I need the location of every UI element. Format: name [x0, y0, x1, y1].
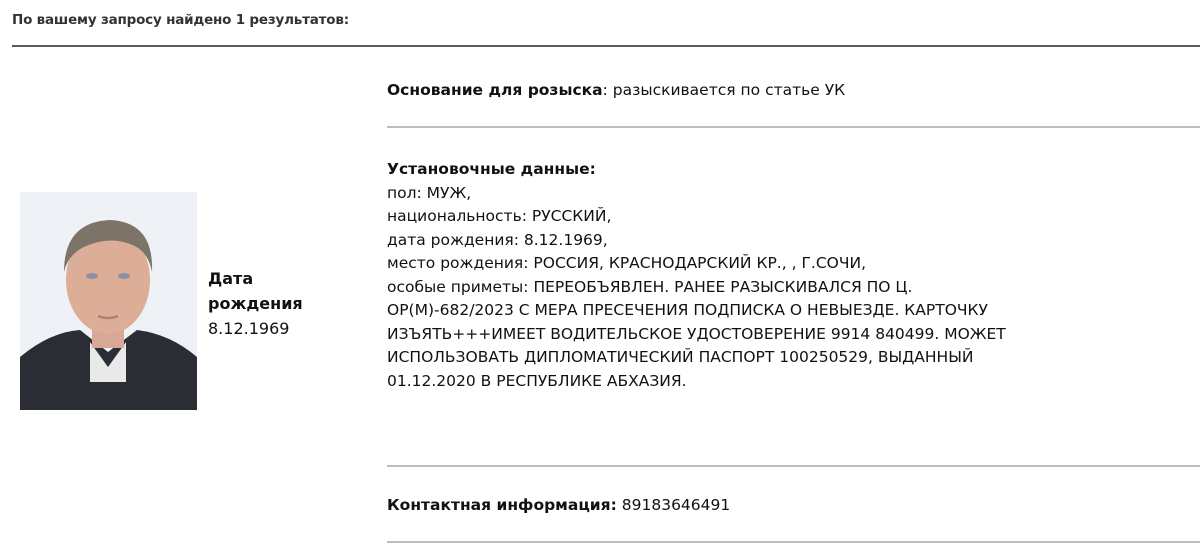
identity-line: особые приметы: ПЕРЕОБЪЯВЛЕН. РАНЕЕ РАЗЫ… [387, 276, 1190, 300]
reason-label: Основание для розыска [387, 81, 603, 99]
dob-block: Датарождения 8.12.1969 [208, 266, 303, 341]
top-divider [12, 45, 1200, 47]
dob-label-line1: Дата [208, 269, 253, 288]
person-photo-icon [20, 192, 197, 410]
dob-value: 8.12.1969 [208, 316, 303, 341]
dob-label-line2: рождения [208, 294, 303, 313]
contact-label: Контактная информация: [387, 496, 617, 514]
dob-label: Датарождения [208, 266, 303, 316]
person-photo [20, 192, 197, 410]
results-header: По вашему запросу найдено 1 результатов: [12, 12, 349, 28]
identity-label: Установочные данные: [387, 158, 1190, 182]
section-contact: Контактная информация: 89183646491 [387, 494, 1190, 518]
divider-identity [387, 465, 1200, 467]
section-identity: Установочные данные: пол: МУЖ, националь… [387, 158, 1190, 393]
contact-phone[interactable]: 89183646491 [617, 496, 730, 514]
identity-line: национальность: РУССКИЙ, [387, 205, 1190, 229]
divider-contact [387, 541, 1200, 543]
divider-reason [387, 126, 1200, 128]
identity-line: 01.12.2020 В РЕСПУБЛИКЕ АБХАЗИЯ. [387, 370, 1190, 394]
identity-line: ИЗЪЯТЬ+++ИМЕЕТ ВОДИТЕЛЬСКОЕ УДОСТОВЕРЕНИ… [387, 323, 1190, 347]
identity-line: место рождения: РОССИЯ, КРАСНОДАРСКИЙ КР… [387, 252, 1190, 276]
identity-line: дата рождения: 8.12.1969, [387, 229, 1190, 253]
identity-line: пол: МУЖ, [387, 182, 1190, 206]
identity-line: ОР(М)-682/2023 С МЕРА ПРЕСЕЧЕНИЯ ПОДПИСК… [387, 299, 1190, 323]
reason-value: : разыскивается по статье УК [603, 81, 846, 99]
section-reason: Основание для розыска: разыскивается по … [387, 79, 1190, 103]
identity-line: ИСПОЛЬЗОВАТЬ ДИПЛОМАТИЧЕСКИЙ ПАСПОРТ 100… [387, 346, 1190, 370]
